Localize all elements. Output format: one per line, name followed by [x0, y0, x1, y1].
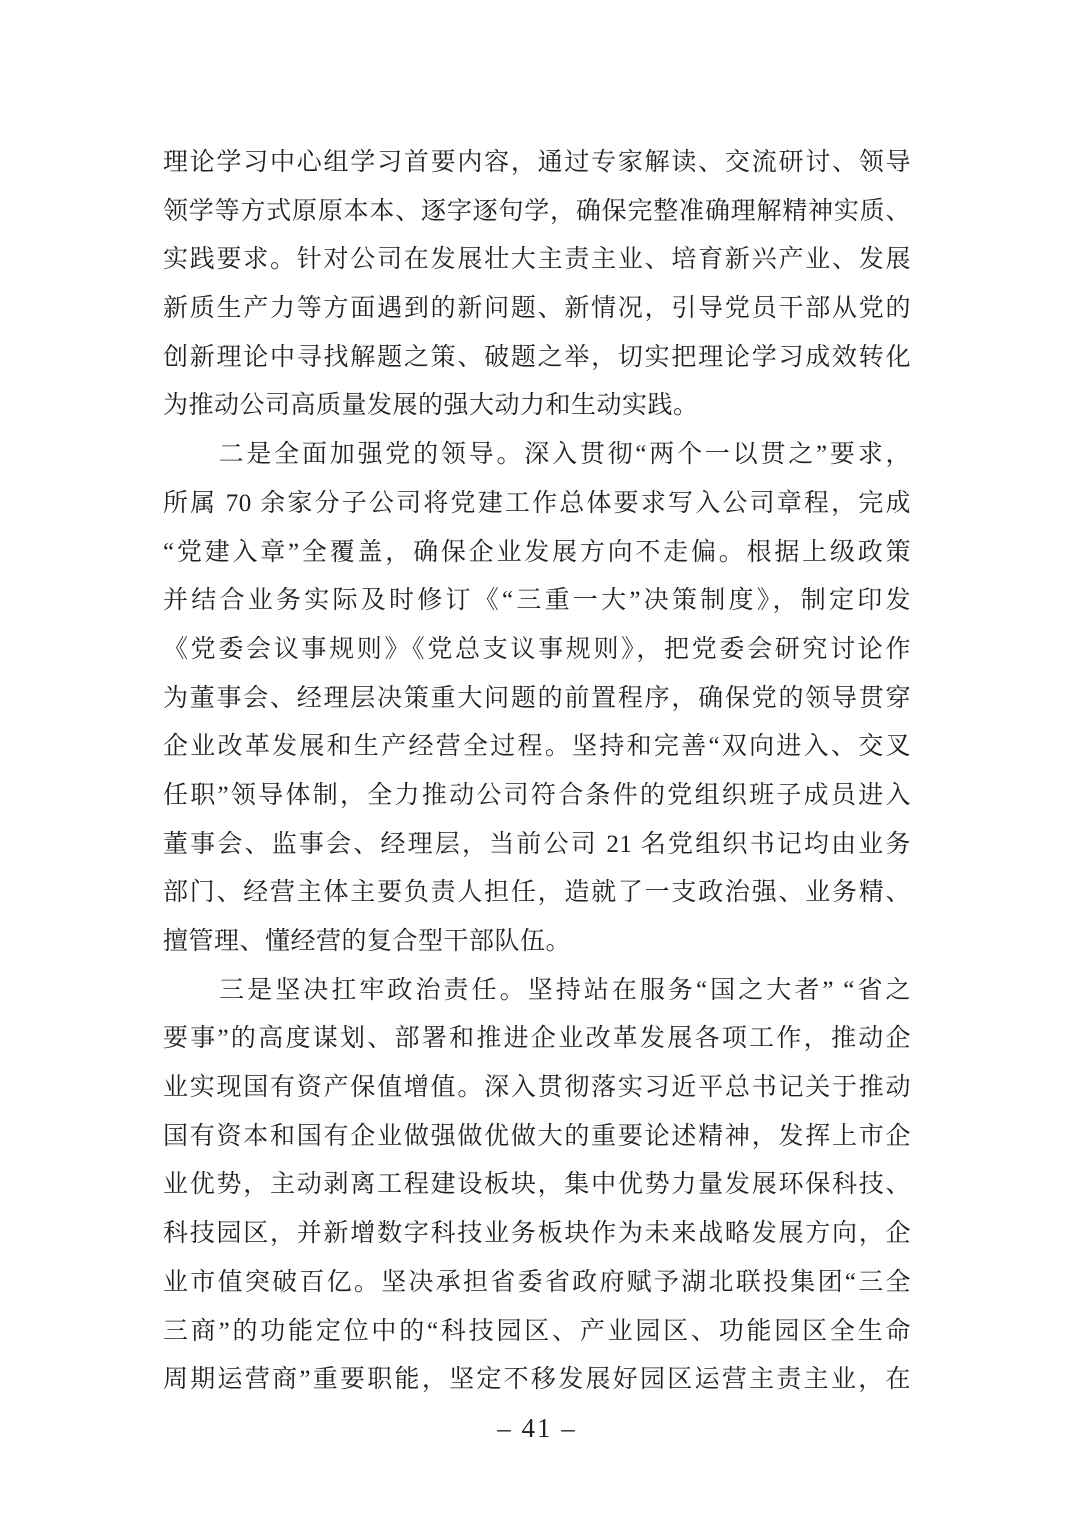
text-line: 并结合业务实际及时修订《“三重一大”决策制度》，制定印发: [163, 577, 911, 626]
text-line: 创新理论中寻找解题之策、破题之举，切实把理论学习成效转化: [163, 334, 911, 383]
text-line: 新质生产力等方面遇到的新问题、新情况，引导党员干部从党的: [163, 285, 911, 334]
text-line: 业实现国有资产保值增值。深入贯彻落实习近平总书记关于推动: [163, 1064, 911, 1113]
text-line: 国有资本和国有企业做强做优做大的重要论述精神，发挥上市企: [163, 1113, 911, 1162]
text-line: 所属 70 余家分子公司将党建工作总体要求写入公司章程，完成: [163, 480, 911, 529]
text-line: 为董事会、经理层决策重大问题的前置程序，确保党的领导贯穿: [163, 675, 911, 724]
text-line: 为推动公司高质量发展的强大动力和生动实践。: [163, 382, 911, 431]
text-line: 部门、经营主体主要负责人担任，造就了一支政治强、业务精、: [163, 869, 911, 918]
text-line: 要事”的高度谋划、部署和推进企业改革发展各项工作，推动企: [163, 1015, 911, 1064]
text-line: 业优势，主动剥离工程建设板块，集中优势力量发展环保科技、: [163, 1161, 911, 1210]
page-number: – 41 –: [0, 1406, 1074, 1450]
text-line: 领学等方式原原本本、逐字逐句学，确保完整准确理解精神实质、: [163, 188, 911, 237]
text-line: 三是坚决扛牢政治责任。坚持站在服务“国之大者” “省之: [163, 967, 911, 1016]
text-line: “党建入章”全覆盖，确保企业发展方向不走偏。根据上级政策: [163, 529, 911, 578]
text-line: 任职”领导体制，全力推动公司符合条件的党组织班子成员进入: [163, 772, 911, 821]
text-line: 擅管理、懂经营的复合型干部队伍。: [163, 918, 911, 967]
text-line: 《党委会议事规则》《党总支议事规则》，把党委会研究讨论作: [163, 626, 911, 675]
text-line: 二是全面加强党的领导。深入贯彻“两个一以贯之”要求，: [163, 431, 911, 480]
text-line: 周期运营商”重要职能，坚定不移发展好园区运营主责主业，在: [163, 1356, 911, 1405]
text-line: 理论学习中心组学习首要内容，通过专家解读、交流研讨、领导: [163, 139, 911, 188]
document-page: 理论学习中心组学习首要内容，通过专家解读、交流研讨、领导 领学等方式原原本本、逐…: [0, 0, 1074, 1520]
text-line: 董事会、监事会、经理层，当前公司 21 名党组织书记均由业务: [163, 821, 911, 870]
text-line: 业市值突破百亿。坚决承担省委省政府赋予湖北联投集团“三全: [163, 1259, 911, 1308]
text-line: 实践要求。针对公司在发展壮大主责主业、培育新兴产业、发展: [163, 236, 911, 285]
text-line: 企业改革发展和生产经营全过程。坚持和完善“双向进入、交叉: [163, 723, 911, 772]
text-line: 三商”的功能定位中的“科技园区、产业园区、功能园区全生命: [163, 1308, 911, 1357]
text-line: 科技园区，并新增数字科技业务板块作为未来战略发展方向，企: [163, 1210, 911, 1259]
document-body: 理论学习中心组学习首要内容，通过专家解读、交流研讨、领导 领学等方式原原本本、逐…: [163, 139, 911, 1405]
